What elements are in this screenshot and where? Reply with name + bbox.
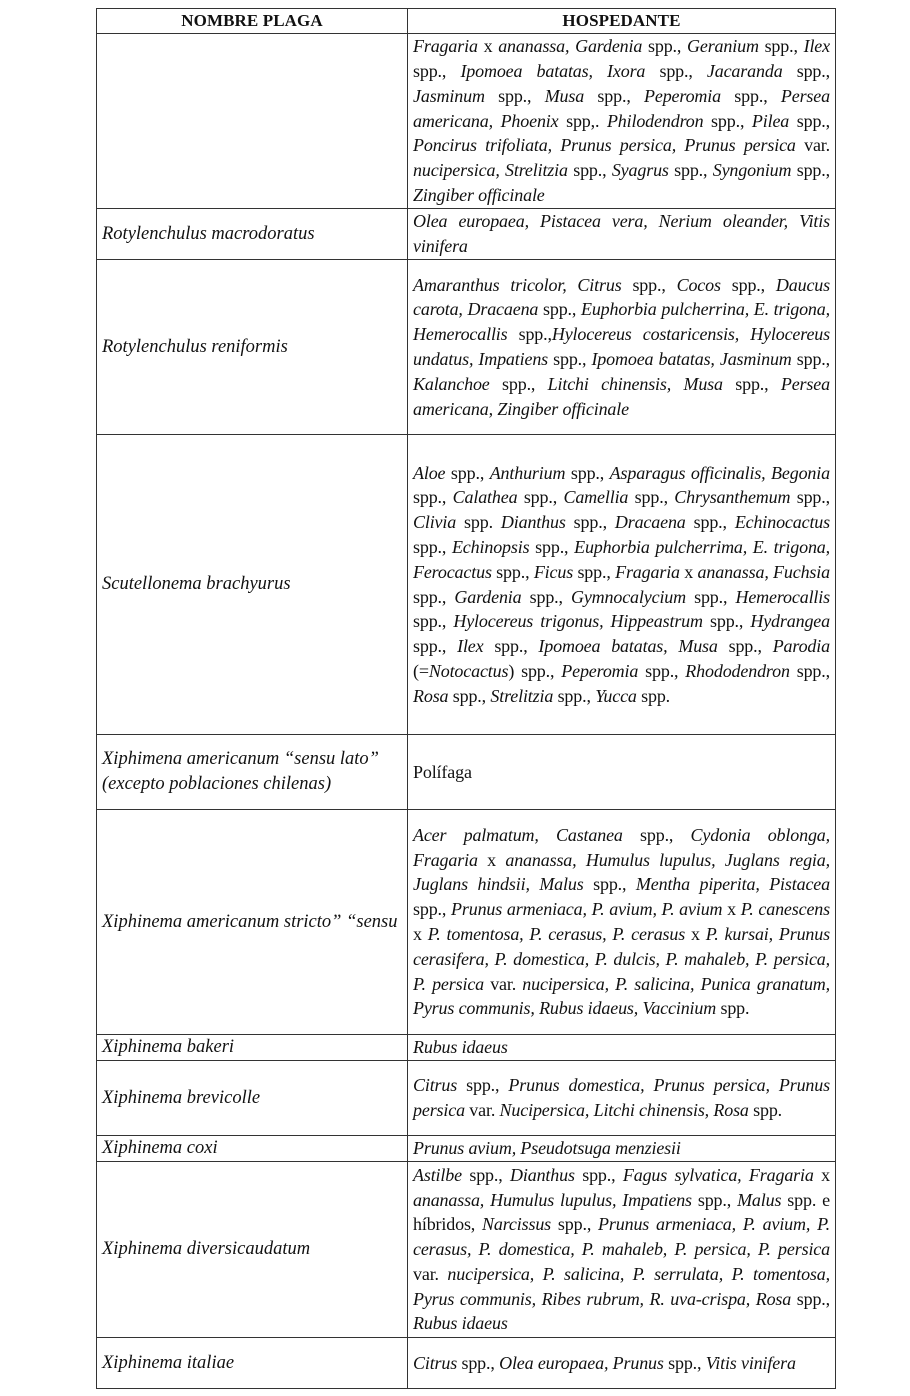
host-list-cell: Aloe spp., Anthurium spp., Asparagus off… <box>408 435 836 735</box>
pest-name-cell: Xiphinema diversicaudatum <box>97 1162 408 1338</box>
host-list-cell: Prunus avium, Pseudotsuga menziesii <box>408 1136 836 1162</box>
table-row: Xiphinema diversicaudatumAstilbe spp., D… <box>97 1162 836 1338</box>
host-list-cell: Polífaga <box>408 735 836 810</box>
table-row: Rotylenchulus reniformisAmaranthus trico… <box>97 260 836 435</box>
pest-name-cell: Xiphimena americanum “sensu lato” (excep… <box>97 735 408 810</box>
table-row: Xiphinema brevicolleCitrus spp., Prunus … <box>97 1061 836 1136</box>
host-list-cell: Fragaria x ananassa, Gardenia spp., Gera… <box>408 34 836 209</box>
pest-name-cell <box>97 34 408 209</box>
table-row: Xiphinema coxiPrunus avium, Pseudotsuga … <box>97 1136 836 1162</box>
table-row: Rotylenchulus macrodoratusOlea europaea,… <box>97 209 836 260</box>
pest-name-cell: Xiphinema bakeri <box>97 1035 408 1061</box>
table-header-row: NOMBRE PLAGA HOSPEDANTE <box>97 9 836 34</box>
pest-name-cell: Rotylenchulus macrodoratus <box>97 209 408 260</box>
pest-name-cell: Xiphinema coxi <box>97 1136 408 1162</box>
host-list-cell: Citrus spp., Prunus domestica, Prunus pe… <box>408 1061 836 1136</box>
host-list-cell: Amaranthus tricolor, Citrus spp., Cocos … <box>408 260 836 435</box>
pest-host-table: NOMBRE PLAGA HOSPEDANTE Fragaria x anana… <box>96 8 836 1389</box>
host-list-cell: Citrus spp., Olea europaea, Prunus spp.,… <box>408 1338 836 1389</box>
table-row: Xiphinema italiaeCitrus spp., Olea europ… <box>97 1338 836 1389</box>
host-list-cell: Rubus idaeus <box>408 1035 836 1061</box>
table-row: Xiphimena americanum “sensu lato” (excep… <box>97 735 836 810</box>
pest-name-cell: Xiphinema americanum stricto” “sensu <box>97 810 408 1035</box>
table-row: Fragaria x ananassa, Gardenia spp., Gera… <box>97 34 836 209</box>
column-header-host: HOSPEDANTE <box>408 9 836 34</box>
pest-name-cell: Xiphinema italiae <box>97 1338 408 1389</box>
pest-name-cell: Rotylenchulus reniformis <box>97 260 408 435</box>
pest-name-cell: Scutellonema brachyurus <box>97 435 408 735</box>
table-body: Fragaria x ananassa, Gardenia spp., Gera… <box>97 34 836 1389</box>
table-row: Xiphinema bakeriRubus idaeus <box>97 1035 836 1061</box>
table-row: Scutellonema brachyurusAloe spp., Anthur… <box>97 435 836 735</box>
pest-name-cell: Xiphinema brevicolle <box>97 1061 408 1136</box>
host-list-cell: Olea europaea, Pistacea vera, Nerium ole… <box>408 209 836 260</box>
column-header-pest: NOMBRE PLAGA <box>97 9 408 34</box>
host-list-cell: Acer palmatum, Castanea spp., Cydonia ob… <box>408 810 836 1035</box>
host-list-cell: Astilbe spp., Dianthus spp., Fagus sylva… <box>408 1162 836 1338</box>
table-row: Xiphinema americanum stricto” “sensuAcer… <box>97 810 836 1035</box>
